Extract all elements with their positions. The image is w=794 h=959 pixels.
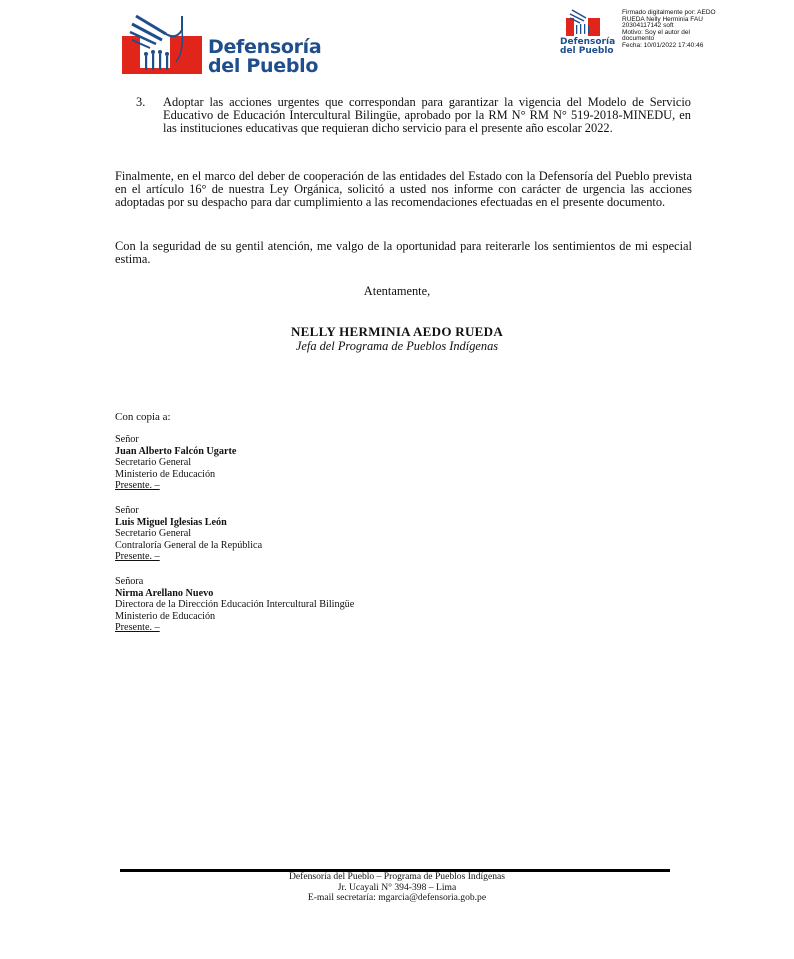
page-footer: Defensoría del Pueblo – Programa de Pueb… [197,872,597,904]
footer-line: Defensoría del Pueblo – Programa de Pueb… [197,872,597,883]
list-item-text: Adoptar las acciones urgentes que corres… [163,96,691,136]
recipient-name: Luis Miguel Iglesias León [115,517,262,529]
stamp-wordmark: Defensoría del Pueblo [560,38,615,56]
signature-line: Fecha: 10/01/2022 17:40:46 [622,43,732,50]
recipient-institution: Ministerio de Educación [115,611,354,623]
recipient-closing: Presente. – [115,551,262,563]
paragraph-request: Finalmente, en el marco del deber de coo… [115,170,692,210]
signer-name: NELLY HERMINIA AEDO RUEDA [197,324,597,340]
recipient-institution: Ministerio de Educación [115,469,236,481]
recipient-name: Nirma Arellano Nuevo [115,588,354,600]
recipient-position: Secretario General [115,528,262,540]
recipient-salutation: Señor [115,434,236,446]
signature-details: Firmado digitalmente por: AEDO RUEDA Nel… [622,10,732,49]
recipient-salutation: Señor [115,505,262,517]
digital-signature-stamp: Defensoría del Pueblo Firmado digitalmen… [560,8,730,60]
defensoria-stamp-logo-icon [566,8,600,36]
recipient-position: Directora de la Dirección Educación Inte… [115,599,354,611]
stamp-logo-line2: del Pueblo [560,47,615,56]
recipient-name: Juan Alberto Falcón Ugarte [115,446,236,458]
footer-email: E-mail secretaría: mgarcia@defensoria.go… [197,893,597,904]
copy-recipient: Señora Nirma Arellano Nuevo Directora de… [115,576,354,634]
recipient-closing: Presente. – [115,480,236,492]
list-number: 3. [136,96,145,109]
defensoria-logo: Defensoría del Pueblo [122,12,322,80]
logo-line2: del Pueblo [208,57,321,76]
copy-recipient: Señor Juan Alberto Falcón Ugarte Secreta… [115,434,236,492]
signer-role: Jefa del Programa de Pueblos Indígenas [197,339,597,354]
copies-label: Con copia a: [115,411,171,423]
recipient-closing: Presente. – [115,622,354,634]
copy-recipient: Señor Luis Miguel Iglesias León Secretar… [115,505,262,563]
recipient-salutation: Señora [115,576,354,588]
paragraph-courtesy: Con la seguridad de su gentil atención, … [115,240,692,266]
closing-salutation: Atentamente, [197,284,597,299]
recipient-position: Secretario General [115,457,236,469]
recipient-institution: Contraloría General de la República [115,540,262,552]
logo-wordmark: Defensoría del Pueblo [208,38,321,76]
defensoria-hand-logo-icon [122,12,202,76]
